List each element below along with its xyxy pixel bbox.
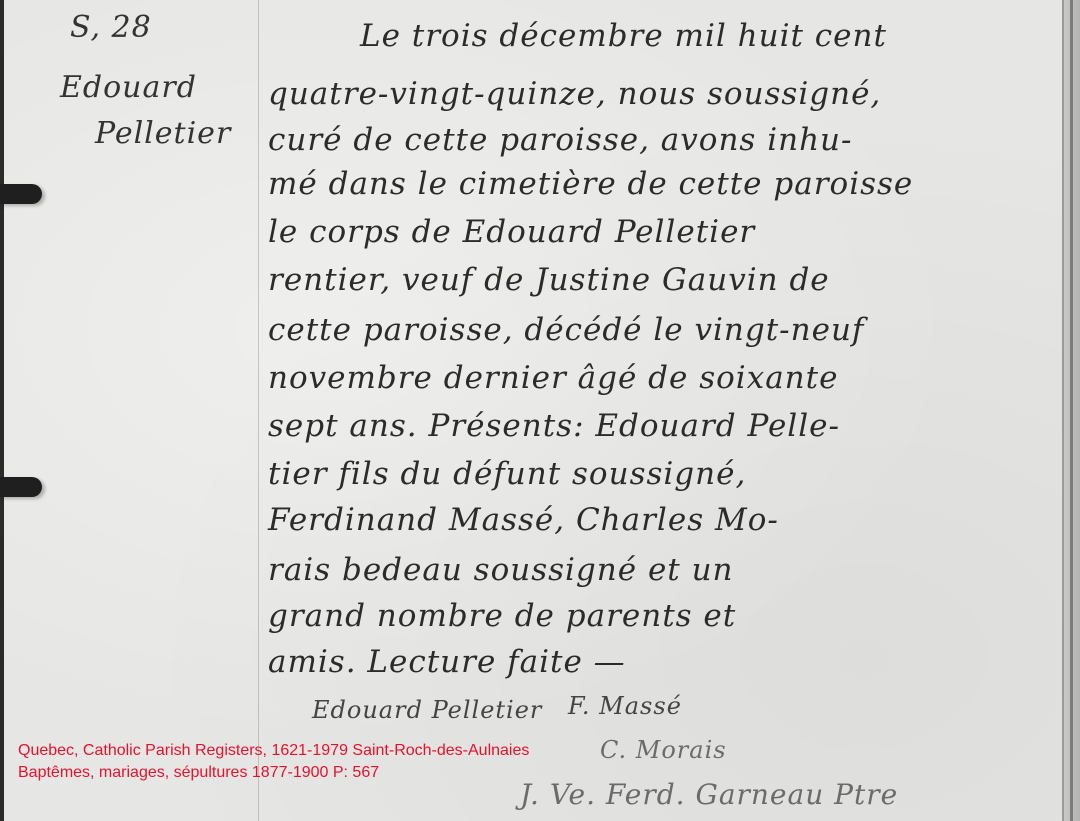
entry-line: cette paroisse, décédé le vingt-neuf [268, 312, 864, 348]
binder-ring-bottom [0, 477, 42, 497]
signature: C. Morais [600, 736, 727, 764]
page-edge-line [1062, 0, 1064, 821]
entry-line: novembre dernier âgé de soixante [268, 360, 838, 396]
entry-line: sept ans. Présents: Edouard Pelle- [268, 408, 840, 444]
margin-rule-line [258, 0, 259, 821]
binder-ring-top [0, 184, 42, 204]
entry-line: Le trois décembre mil huit cent [360, 18, 887, 54]
signature: Edouard Pelletier [312, 696, 542, 724]
entry-line: Ferdinand Massé, Charles Mo- [268, 502, 779, 538]
entry-line: amis. Lecture faite — [268, 644, 626, 680]
margin-name-first: Edouard [60, 70, 197, 105]
caption-line-collection: Quebec, Catholic Parish Registers, 1621-… [18, 740, 529, 762]
signature: J. Ve. Ferd. Garneau Ptre [520, 778, 898, 811]
entry-line: rais bedeau soussigné et un [268, 552, 734, 588]
entry-line: quatre-vingt-quinze, nous soussigné, [268, 76, 881, 112]
margin-name-last: Pelletier [95, 116, 231, 151]
entry-line: rentier, veuf de Justine Gauvin de [268, 262, 830, 298]
entry-line: grand nombre de parents et [268, 598, 736, 634]
entry-number: S, 28 [70, 10, 152, 45]
signature: F. Massé [568, 692, 682, 720]
entry-line: curé de cette paroisse, avons inhu- [268, 122, 852, 158]
entry-line: mé dans le cimetière de cette paroisse [268, 166, 913, 202]
caption-line-volume: Baptêmes, mariages, sépultures 1877-1900… [18, 762, 529, 784]
register-page: S, 28 Edouard Pelletier Le trois décembr… [0, 0, 1080, 821]
entry-line: le corps de Edouard Pelletier [268, 214, 755, 250]
page-edge-line [1070, 0, 1073, 821]
source-caption: Quebec, Catholic Parish Registers, 1621-… [18, 740, 529, 784]
binder-edge [0, 0, 4, 821]
entry-line: tier fils du défunt soussigné, [268, 456, 746, 492]
